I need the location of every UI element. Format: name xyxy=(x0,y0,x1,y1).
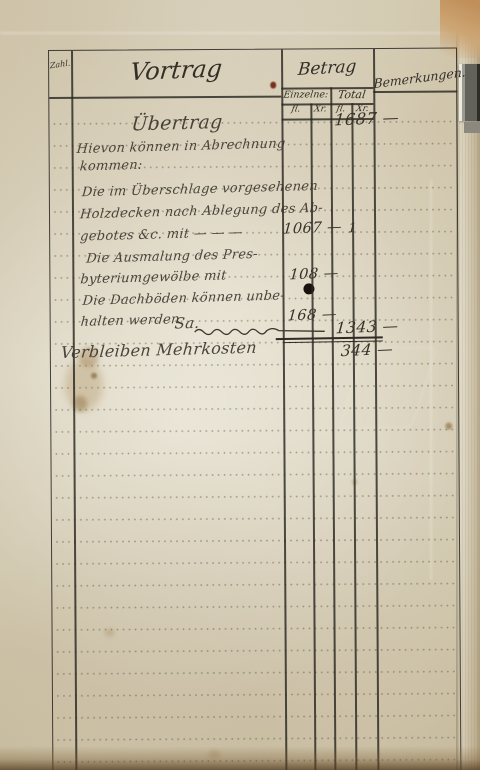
entry-uebertrag: Übertrag xyxy=(131,111,224,136)
entry-line: halten werden xyxy=(80,312,180,330)
amount-einzeln-1: 1067 — xyxy=(282,219,342,237)
entry-line: kommen: xyxy=(79,158,143,175)
amount-einzeln-2: 108 — xyxy=(289,265,340,283)
column-header-betrag: Betrag xyxy=(280,56,373,82)
header-rule-bemerkungen xyxy=(373,91,457,93)
stray-pen-stroke: 1 xyxy=(347,221,357,236)
summa-flourish-icon xyxy=(193,325,335,336)
ink-speck-red xyxy=(270,82,276,89)
amount-total-mehrkosten: 344 — xyxy=(340,340,394,360)
column-header-einzelne: Einzelne: xyxy=(281,89,331,100)
watermark xyxy=(197,352,209,426)
stain-speck xyxy=(105,629,115,637)
ledger-table: Zahl. Vortrag Betrag Einzelne: Total fl.… xyxy=(48,48,461,770)
watermark xyxy=(223,350,271,424)
amount-total-uebertrag: 1687 — xyxy=(334,108,400,130)
unit-header-fl-einzelne: fl. xyxy=(281,104,312,114)
column-header-zahl: Zahl. xyxy=(49,58,71,70)
column-header-vortrag: Vortrag xyxy=(70,52,283,89)
stain-speck xyxy=(445,423,452,430)
watermark xyxy=(139,350,189,426)
amount-einzeln-3: 168 — xyxy=(287,306,338,324)
column-header-bemerkungen: Bemerkungen. xyxy=(373,65,456,91)
stain xyxy=(73,396,87,412)
column-header-total: Total xyxy=(329,88,374,101)
amount-total-summa: 1343 — xyxy=(335,317,399,338)
page-edge-tab xyxy=(464,122,480,133)
paper-crease xyxy=(0,32,480,34)
unit-header-xr-einzelne: Xr. xyxy=(310,104,332,114)
header-rule-left xyxy=(49,96,281,99)
stain-speck xyxy=(91,373,97,379)
page-bottom-edge xyxy=(0,746,480,770)
